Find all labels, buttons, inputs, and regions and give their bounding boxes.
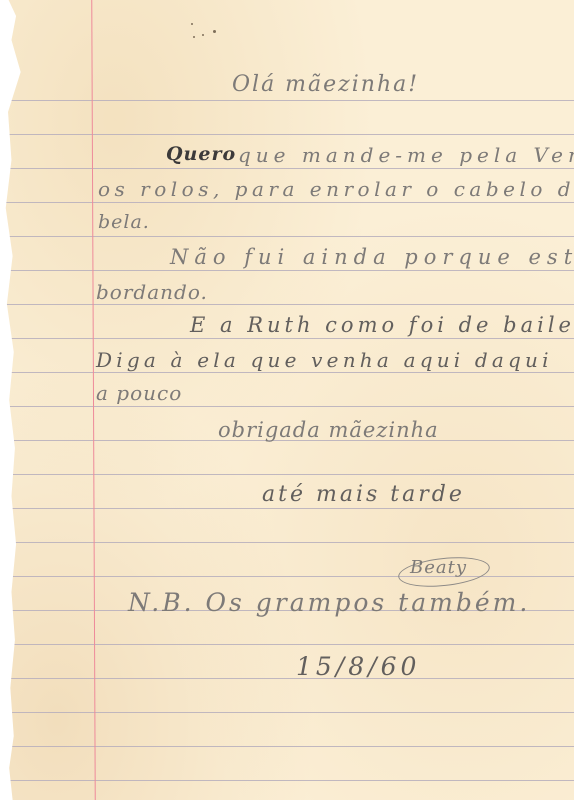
- ruled-line: [0, 100, 574, 101]
- overwritten-word: Quero: [166, 143, 236, 165]
- ruled-line: [0, 406, 574, 407]
- ruled-line: [0, 202, 574, 203]
- ruled-line: [0, 474, 574, 475]
- notebook-paper: Olá mãezinha! Quero que mande-me pela Ve…: [0, 0, 574, 800]
- ruled-line: [0, 236, 574, 237]
- postscript: N.B. Os grampos também.: [128, 588, 530, 617]
- closing-line: até mais tarde: [262, 482, 465, 507]
- letter-date: 15/8/60: [296, 652, 420, 681]
- ruled-line: [0, 712, 574, 713]
- letter-line: a pouco: [96, 381, 182, 405]
- ink-speck: [191, 23, 193, 25]
- ruled-line: [0, 678, 574, 679]
- letter-line: bela.: [98, 211, 150, 233]
- ink-speck: [193, 36, 195, 38]
- letter-line: Não fui ainda porque estou: [170, 245, 574, 269]
- ruled-line: [0, 304, 574, 305]
- ink-speck: [213, 30, 216, 33]
- ruled-line: [0, 780, 574, 781]
- ink-speck: [202, 34, 204, 36]
- thanks-line: obrigada mãezinha: [218, 418, 439, 442]
- ruled-line: [0, 644, 574, 645]
- ruled-line: [0, 508, 574, 509]
- signature: Beaty: [410, 557, 467, 578]
- greeting: Olá mãezinha!: [232, 72, 419, 97]
- ruled-line: [0, 168, 574, 169]
- letter-line: os rolos, para enrolar o cabelo da: [98, 177, 574, 201]
- ruled-line: [0, 372, 574, 373]
- ruled-line: [0, 270, 574, 271]
- letter-line: bordando.: [96, 280, 208, 304]
- letter-line: Diga à ela que venha aqui daqui: [96, 348, 553, 372]
- ruled-line: [0, 134, 574, 135]
- ruled-line: [0, 338, 574, 339]
- letter-line: que mande-me pela Vera: [238, 143, 574, 167]
- ruled-line: [0, 542, 574, 543]
- letter-line: E a Ruth como foi de baile.: [190, 313, 574, 337]
- ruled-line: [0, 576, 574, 577]
- ruled-line: [0, 746, 574, 747]
